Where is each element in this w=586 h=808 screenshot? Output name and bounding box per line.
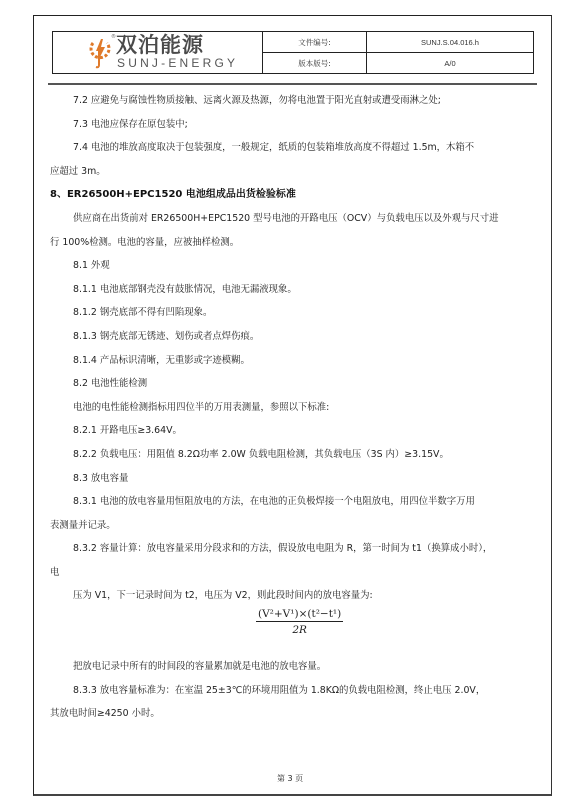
paragraph-8-1-4: 8.1.4 产品标识清晰，无重影或字迹模糊。 (50, 349, 536, 373)
lightning-bolt-logo-icon (89, 35, 111, 69)
file-number-value: SUNJ.S.04.016.h (367, 32, 533, 52)
paragraph-8-intro: 供应商在出货前对 ER26500H+EPC1520 型号电池的开路电压（OCV）… (50, 207, 536, 231)
capacity-formula: (V²+V¹)×(t²−t¹) 2R (256, 608, 343, 636)
paragraph-8-3-1: 8.3.1 电池的放电容量用恒阻放电的方法，在电池的正负极焊接一个电阻放电，用四… (50, 490, 536, 514)
paragraph-8-3-2-cont2: 压为 V1，下一记录时间为 t2，电压为 V2，则此段时间内的放电容量为: (50, 584, 536, 608)
paragraph-8-3-3-cont: 其放电时间≥4250 小时。 (50, 702, 536, 726)
company-logo: ® 双泊能源 SUNJ-ENERGY (53, 32, 263, 73)
document-meta: 文件编号: SUNJ.S.04.016.h 版本版号: A/0 (263, 32, 533, 73)
paragraph-7-2: 7.2 应避免与腐蚀性物质接触、远离火源及热源，勿将电池置于阳光直射或遭受雨淋之… (50, 89, 536, 113)
paragraph-8-3-1-cont: 表测量并记录。 (50, 514, 536, 538)
heading-8-3: 8.3 放电容量 (50, 467, 536, 491)
paragraph-7-4: 7.4 电池的堆放高度取决于包装强度，一般规定，纸质的包装箱堆放高度不得超过 1… (50, 136, 536, 160)
logo-name-en: SUNJ-ENERGY (117, 56, 238, 70)
paragraph-8-2-1: 8.2.1 开路电压≥3.64V。 (50, 419, 536, 443)
version-label: 版本版号: (263, 53, 367, 73)
paragraph-8-3-2: 8.3.2 容量计算：放电容量采用分段求和的方法，假设放电电阻为 R，第一时间为… (50, 537, 536, 561)
paragraph-8-1-3: 8.1.3 钢壳底部无锈迹、划伤或者点焊伤痕。 (50, 325, 536, 349)
paragraph-8-1-2: 8.1.2 钢壳底部不得有凹陷现象。 (50, 301, 536, 325)
logo-name-cn: 双泊能源 (116, 33, 204, 57)
meta-row-file-number: 文件编号: SUNJ.S.04.016.h (263, 32, 533, 52)
file-number-label: 文件编号: (263, 32, 367, 52)
paragraph-7-4-cont: 应超过 3m。 (50, 160, 536, 184)
formula-denominator: 2R (256, 622, 343, 636)
paragraph-7-3: 7.3 电池应保存在原包装中; (50, 113, 536, 137)
paragraph-8-2-intro: 电池的电性能检测指标用四位半的万用表测量，参照以下标准: (50, 396, 536, 420)
header-divider (48, 83, 537, 85)
page-number: 第 3 页 (277, 773, 303, 784)
paragraph-8-3-3: 8.3.3 放电容量标准为：在室温 25±3℃的环境用阻值为 1.8KΩ的负载电… (50, 679, 536, 703)
section-8-title: 8、ER26500H+EPC1520 电池组成品出货检验标准 (50, 183, 536, 207)
paragraph-8-2-2: 8.2.2 负载电压：用阻值 8.2Ω功率 2.0W 负载电阻检测，其负载电压（… (50, 443, 536, 467)
version-value: A/0 (367, 53, 533, 73)
paragraph-capacity-sum: 把放电记录中所有的时间段的容量累加就是电池的放电容量。 (50, 655, 536, 679)
meta-row-version: 版本版号: A/0 (263, 52, 533, 73)
paragraph-8-intro-cont: 行 100%检测。电池的容量，应被抽样检测。 (50, 231, 536, 255)
paragraph-8-1-1: 8.1.1 电池底部钢壳没有鼓胀情况，电池无漏液现象。 (50, 278, 536, 302)
formula-numerator: (V²+V¹)×(t²−t¹) (256, 608, 343, 622)
header-table: ® 双泊能源 SUNJ-ENERGY 文件编号: SUNJ.S.04.016.h… (52, 31, 534, 74)
heading-8-2: 8.2 电池性能检测 (50, 372, 536, 396)
heading-8-1: 8.1 外观 (50, 254, 536, 278)
paragraph-8-3-2-cont: 电 (50, 561, 536, 585)
